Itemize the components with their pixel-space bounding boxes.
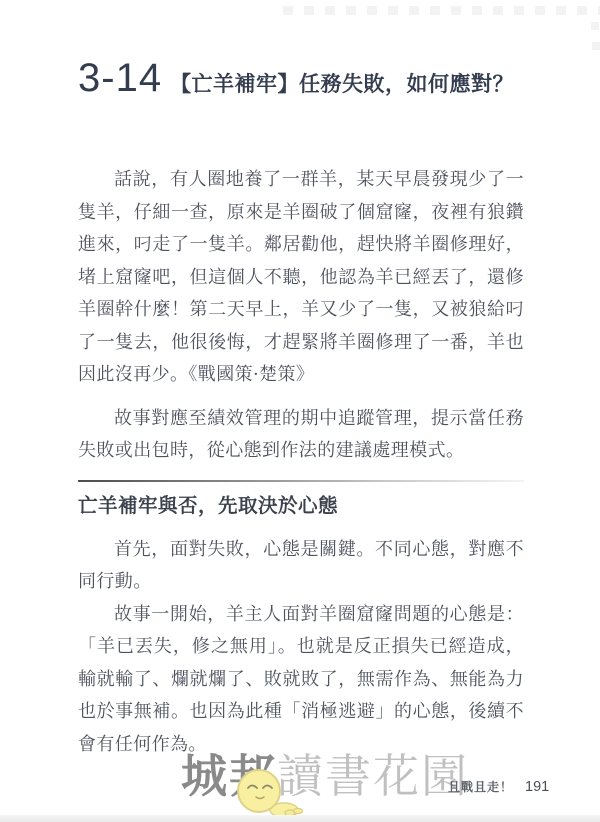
section-divider: [78, 480, 524, 482]
page-number: 191: [525, 779, 549, 795]
section-paragraph: 故事一開始，羊主人面對羊圈窟窿問題的心態是：「羊已丟失，修之無用」。也就是反正損…: [78, 599, 524, 762]
scan-edge-dots-top: [283, 6, 600, 15]
scan-edge-dot: [592, 42, 600, 50]
book-page: 3-14 【亡羊補牢】任務失敗，如何應對？ 話說，有人圈地養了一群羊，某天早晨發…: [0, 0, 600, 822]
story-paragraph: 話說，有人圈地養了一群羊，某天早晨發現少了一隻羊，仔細一查，原來是羊圈破了個窟窿…: [78, 164, 524, 392]
section-paragraph: 首先，面對失敗，心態是關鍵。不同心態，對應不同行動。: [78, 534, 524, 599]
scan-edge-dot: [591, 22, 599, 30]
page-content: 3-14 【亡羊補牢】任務失敗，如何應對？ 話說，有人圈地養了一群羊，某天早晨發…: [78, 56, 524, 761]
summary-paragraph: 故事對應至績效管理的期中追蹤管理，提示當任務失敗或出包時，從心態到作法的建議處理…: [78, 403, 524, 468]
chick-mascot-icon: [232, 766, 308, 818]
chapter-header: 3-14 【亡羊補牢】任務失敗，如何應對？: [78, 56, 524, 100]
running-title: 且戰且走！: [448, 778, 513, 795]
section-heading: 亡羊補牢與否，先取決於心態: [78, 492, 524, 520]
section-mindset: 亡羊補牢與否，先取決於心態 首先，面對失敗，心態是關鍵。不同心態，對應不同行動。…: [78, 480, 524, 762]
running-footer: 且戰且走！ 191: [448, 778, 549, 795]
chapter-number: 3-14: [78, 56, 162, 100]
chapter-title: 【亡羊補牢】任務失敗，如何應對？: [170, 68, 514, 98]
publisher-watermark: 城邦讀書花園: [181, 752, 469, 800]
scan-edge-bottom: [0, 815, 600, 822]
